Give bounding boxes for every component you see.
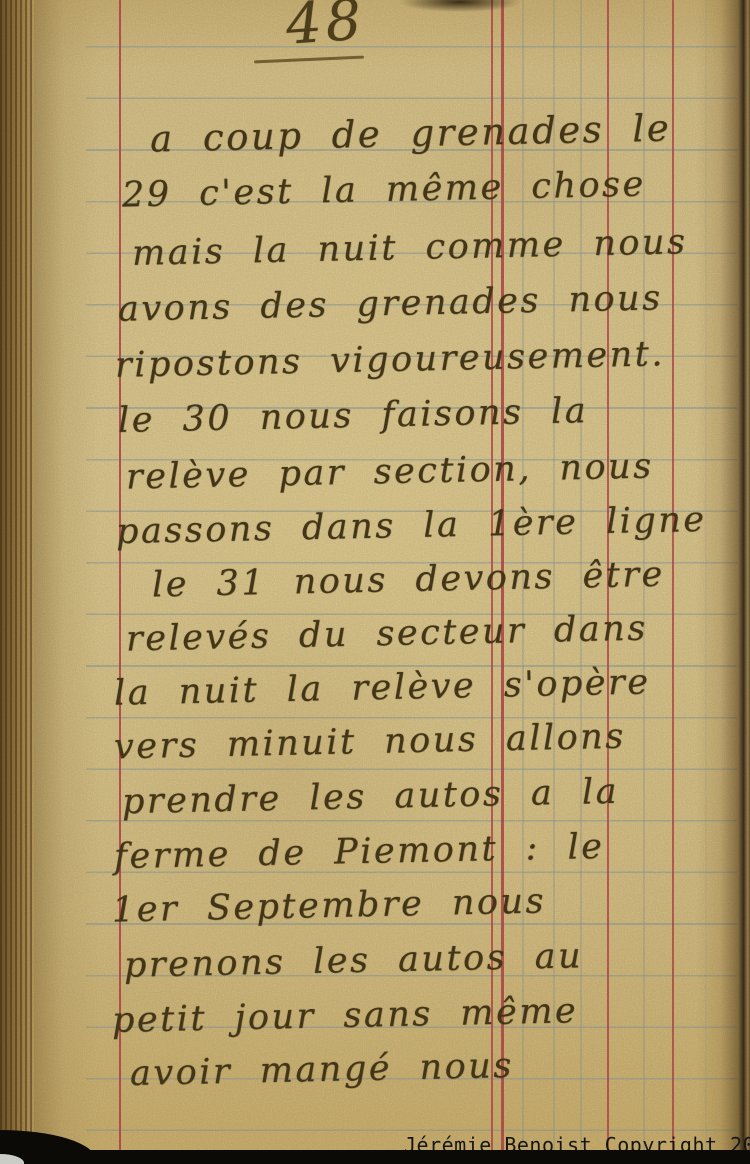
handwriting-line: 29 c'est la même chose [122, 165, 646, 216]
binding-gutter-shading [34, 0, 100, 1164]
diary-page-photo: 48 a coup de grenades le 29 c'est la mêm… [0, 0, 750, 1164]
page-right-edge [696, 0, 750, 1164]
handwriting-line: avons des grenades nous [118, 278, 663, 329]
book-binding-edge [0, 0, 34, 1164]
photo-bottom-edge [0, 1150, 750, 1164]
handwriting-line: mais la nuit comme nous [132, 222, 688, 274]
handwriting-line: vers minuit nous allons [114, 717, 626, 768]
red-column-line-4 [672, 0, 674, 1150]
page-number: 48 [284, 0, 368, 58]
handwriting-line: avoir mangé nous [130, 1046, 514, 1094]
handwriting-line: prendre les autos a la [122, 772, 620, 822]
handwriting-line: le 31 nous devons être [152, 555, 665, 606]
handwriting-line: passons dans la 1ère ligne [116, 500, 707, 552]
handwriting-line: prenons les autos au [124, 936, 584, 986]
handwriting-line: petit jour sans même [112, 991, 579, 1041]
handwriting-line: a coup de grenades le [150, 107, 672, 161]
handwriting-line: ripostons vigoureusement. [115, 334, 666, 386]
handwriting-line: relève par section, nous [126, 446, 654, 497]
page-number-underline [254, 56, 364, 64]
handwriting-line: relevés du secteur dans [126, 609, 648, 660]
top-edge-shadow [400, 0, 520, 12]
handwriting-line: la nuit la relève s'opère [114, 662, 651, 713]
handwriting-line: le 30 nous faisons la [118, 391, 589, 441]
handwriting-line: 1er Septembre nous [112, 881, 547, 930]
left-red-margin-line [119, 0, 121, 1150]
handwriting-line: ferme de Piemont : le [114, 827, 605, 877]
